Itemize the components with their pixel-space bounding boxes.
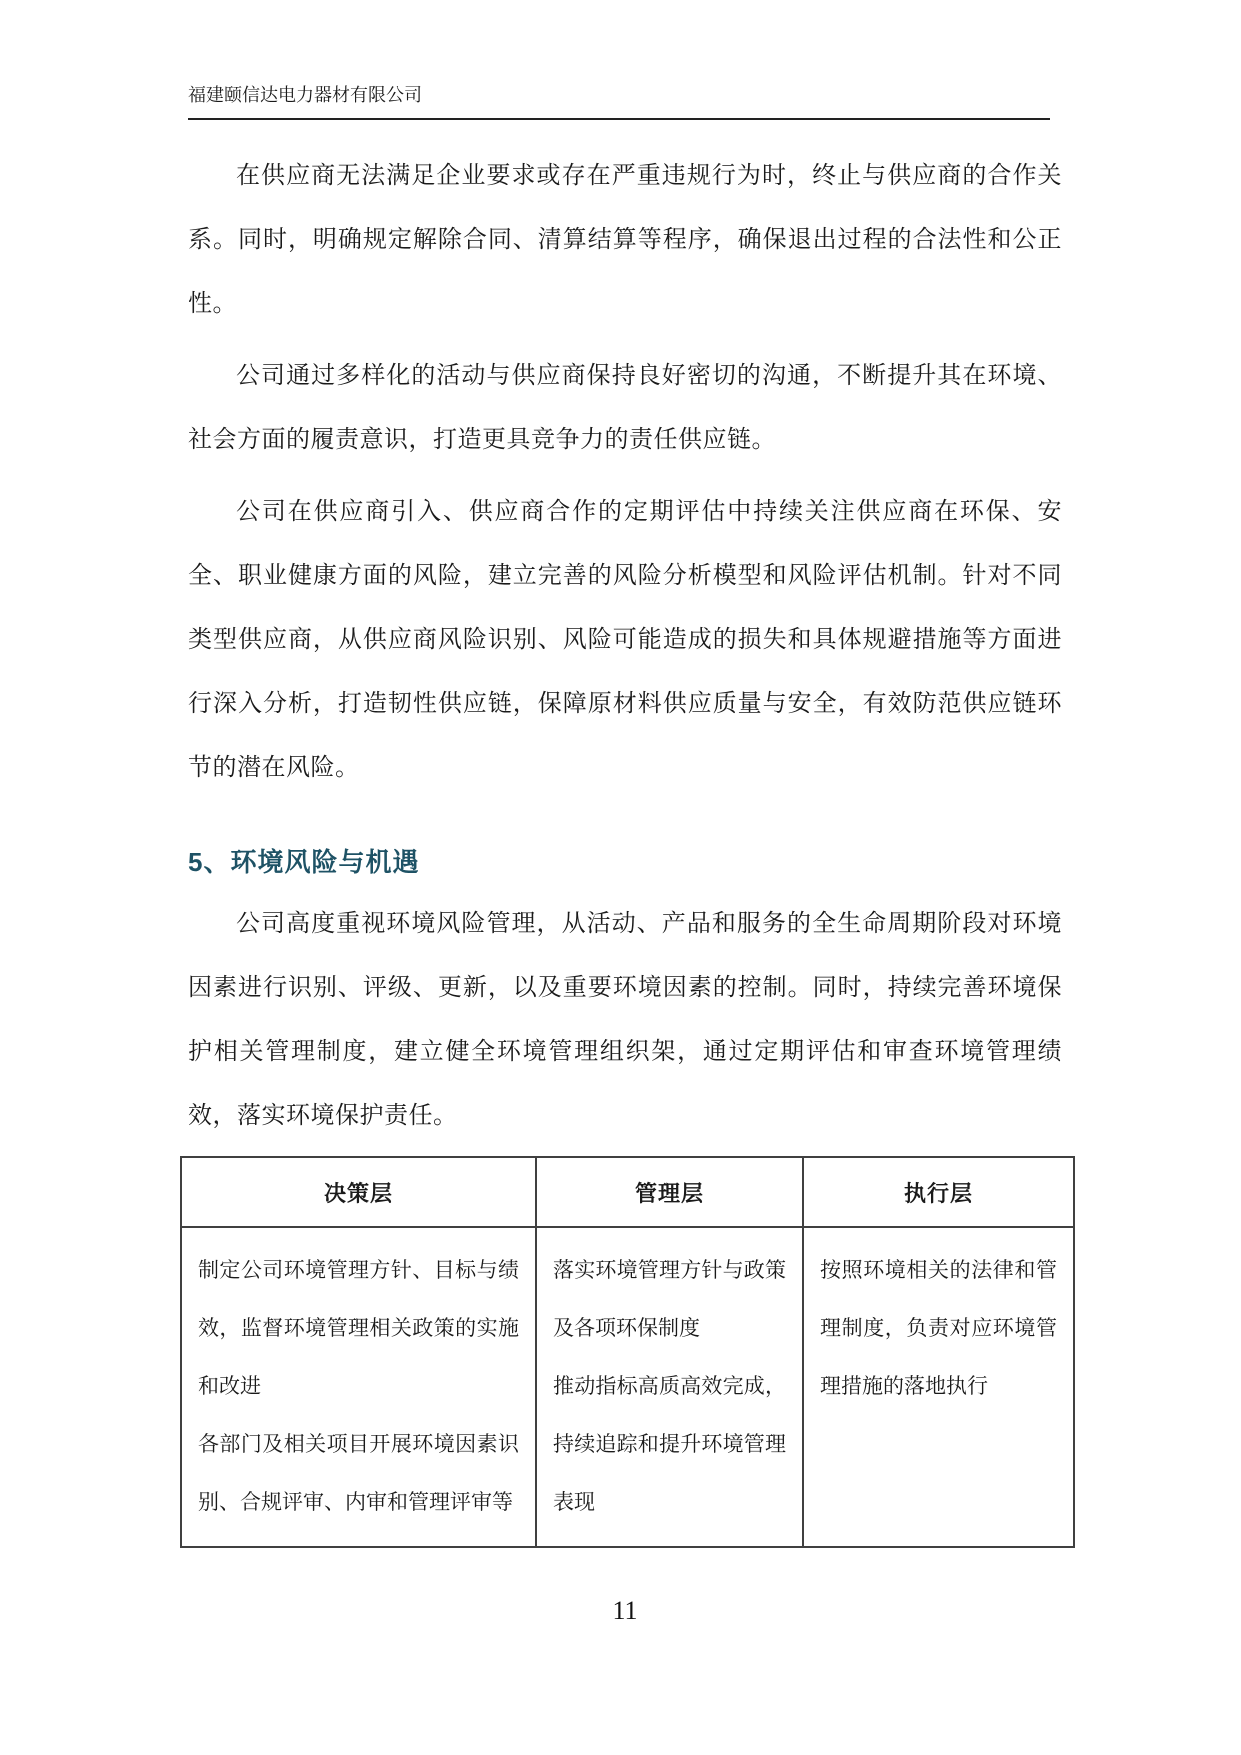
environment-governance-table: 决策层 管理层 执行层 制定公司环境管理方针、目标与绩效，监督环境管理相关政策的… (180, 1156, 1075, 1548)
table-cell-management-layer: 落实环境管理方针与政策及各项环保制度 推动指标高质高效完成，持续追踪和提升环境管… (536, 1227, 803, 1547)
table-cell-execution-layer: 按照环境相关的法律和管理制度，负责对应环境管理措施的落地执行 (803, 1227, 1074, 1547)
section-heading-environment-risk-opportunity: 5、环境风险与机遇 (188, 840, 1062, 884)
paragraph-supplier-exit: 在供应商无法满足企业要求或存在严重违规行为时，终止与供应商的合作关系。同时，明确… (188, 144, 1062, 336)
cell-paragraph: 推动指标高质高效完成，持续追踪和提升环境管理表现 (553, 1358, 786, 1532)
table-cell-decision-layer: 制定公司环境管理方针、目标与绩效，监督环境管理相关政策的实施和改进 各部门及相关… (181, 1227, 536, 1547)
paragraph-supplier-communication: 公司通过多样化的活动与供应商保持良好密切的沟通，不断提升其在环境、社会方面的履责… (188, 344, 1062, 472)
paragraph-environment-risk-management: 公司高度重视环境风险管理，从活动、产品和服务的全生命周期阶段对环境因素进行识别、… (188, 892, 1062, 1148)
document-page: 福建颐信达电力器材有限公司 在供应商无法满足企业要求或存在严重违规行为时，终止与… (0, 0, 1241, 1755)
cell-paragraph: 制定公司环境管理方针、目标与绩效，监督环境管理相关政策的实施和改进 (198, 1242, 519, 1416)
page-number: 11 (188, 1594, 1062, 1628)
cell-paragraph: 按照环境相关的法律和管理制度，负责对应环境管理措施的落地执行 (820, 1242, 1057, 1416)
company-name: 福建颐信达电力器材有限公司 (188, 85, 422, 105)
cell-paragraph: 各部门及相关项目开展环境因素识别、合规评审、内审和管理评审等 (198, 1416, 519, 1532)
table-header-row: 决策层 管理层 执行层 (181, 1157, 1074, 1227)
table-header-execution-layer: 执行层 (803, 1157, 1074, 1227)
cell-paragraph: 落实环境管理方针与政策及各项环保制度 (553, 1242, 786, 1358)
page-header: 福建颐信达电力器材有限公司 (188, 82, 1050, 120)
table-row: 制定公司环境管理方针、目标与绩效，监督环境管理相关政策的实施和改进 各部门及相关… (181, 1227, 1074, 1547)
table-header-decision-layer: 决策层 (181, 1157, 536, 1227)
table-header-management-layer: 管理层 (536, 1157, 803, 1227)
paragraph-supplier-risk: 公司在供应商引入、供应商合作的定期评估中持续关注供应商在环保、安全、职业健康方面… (188, 480, 1062, 800)
